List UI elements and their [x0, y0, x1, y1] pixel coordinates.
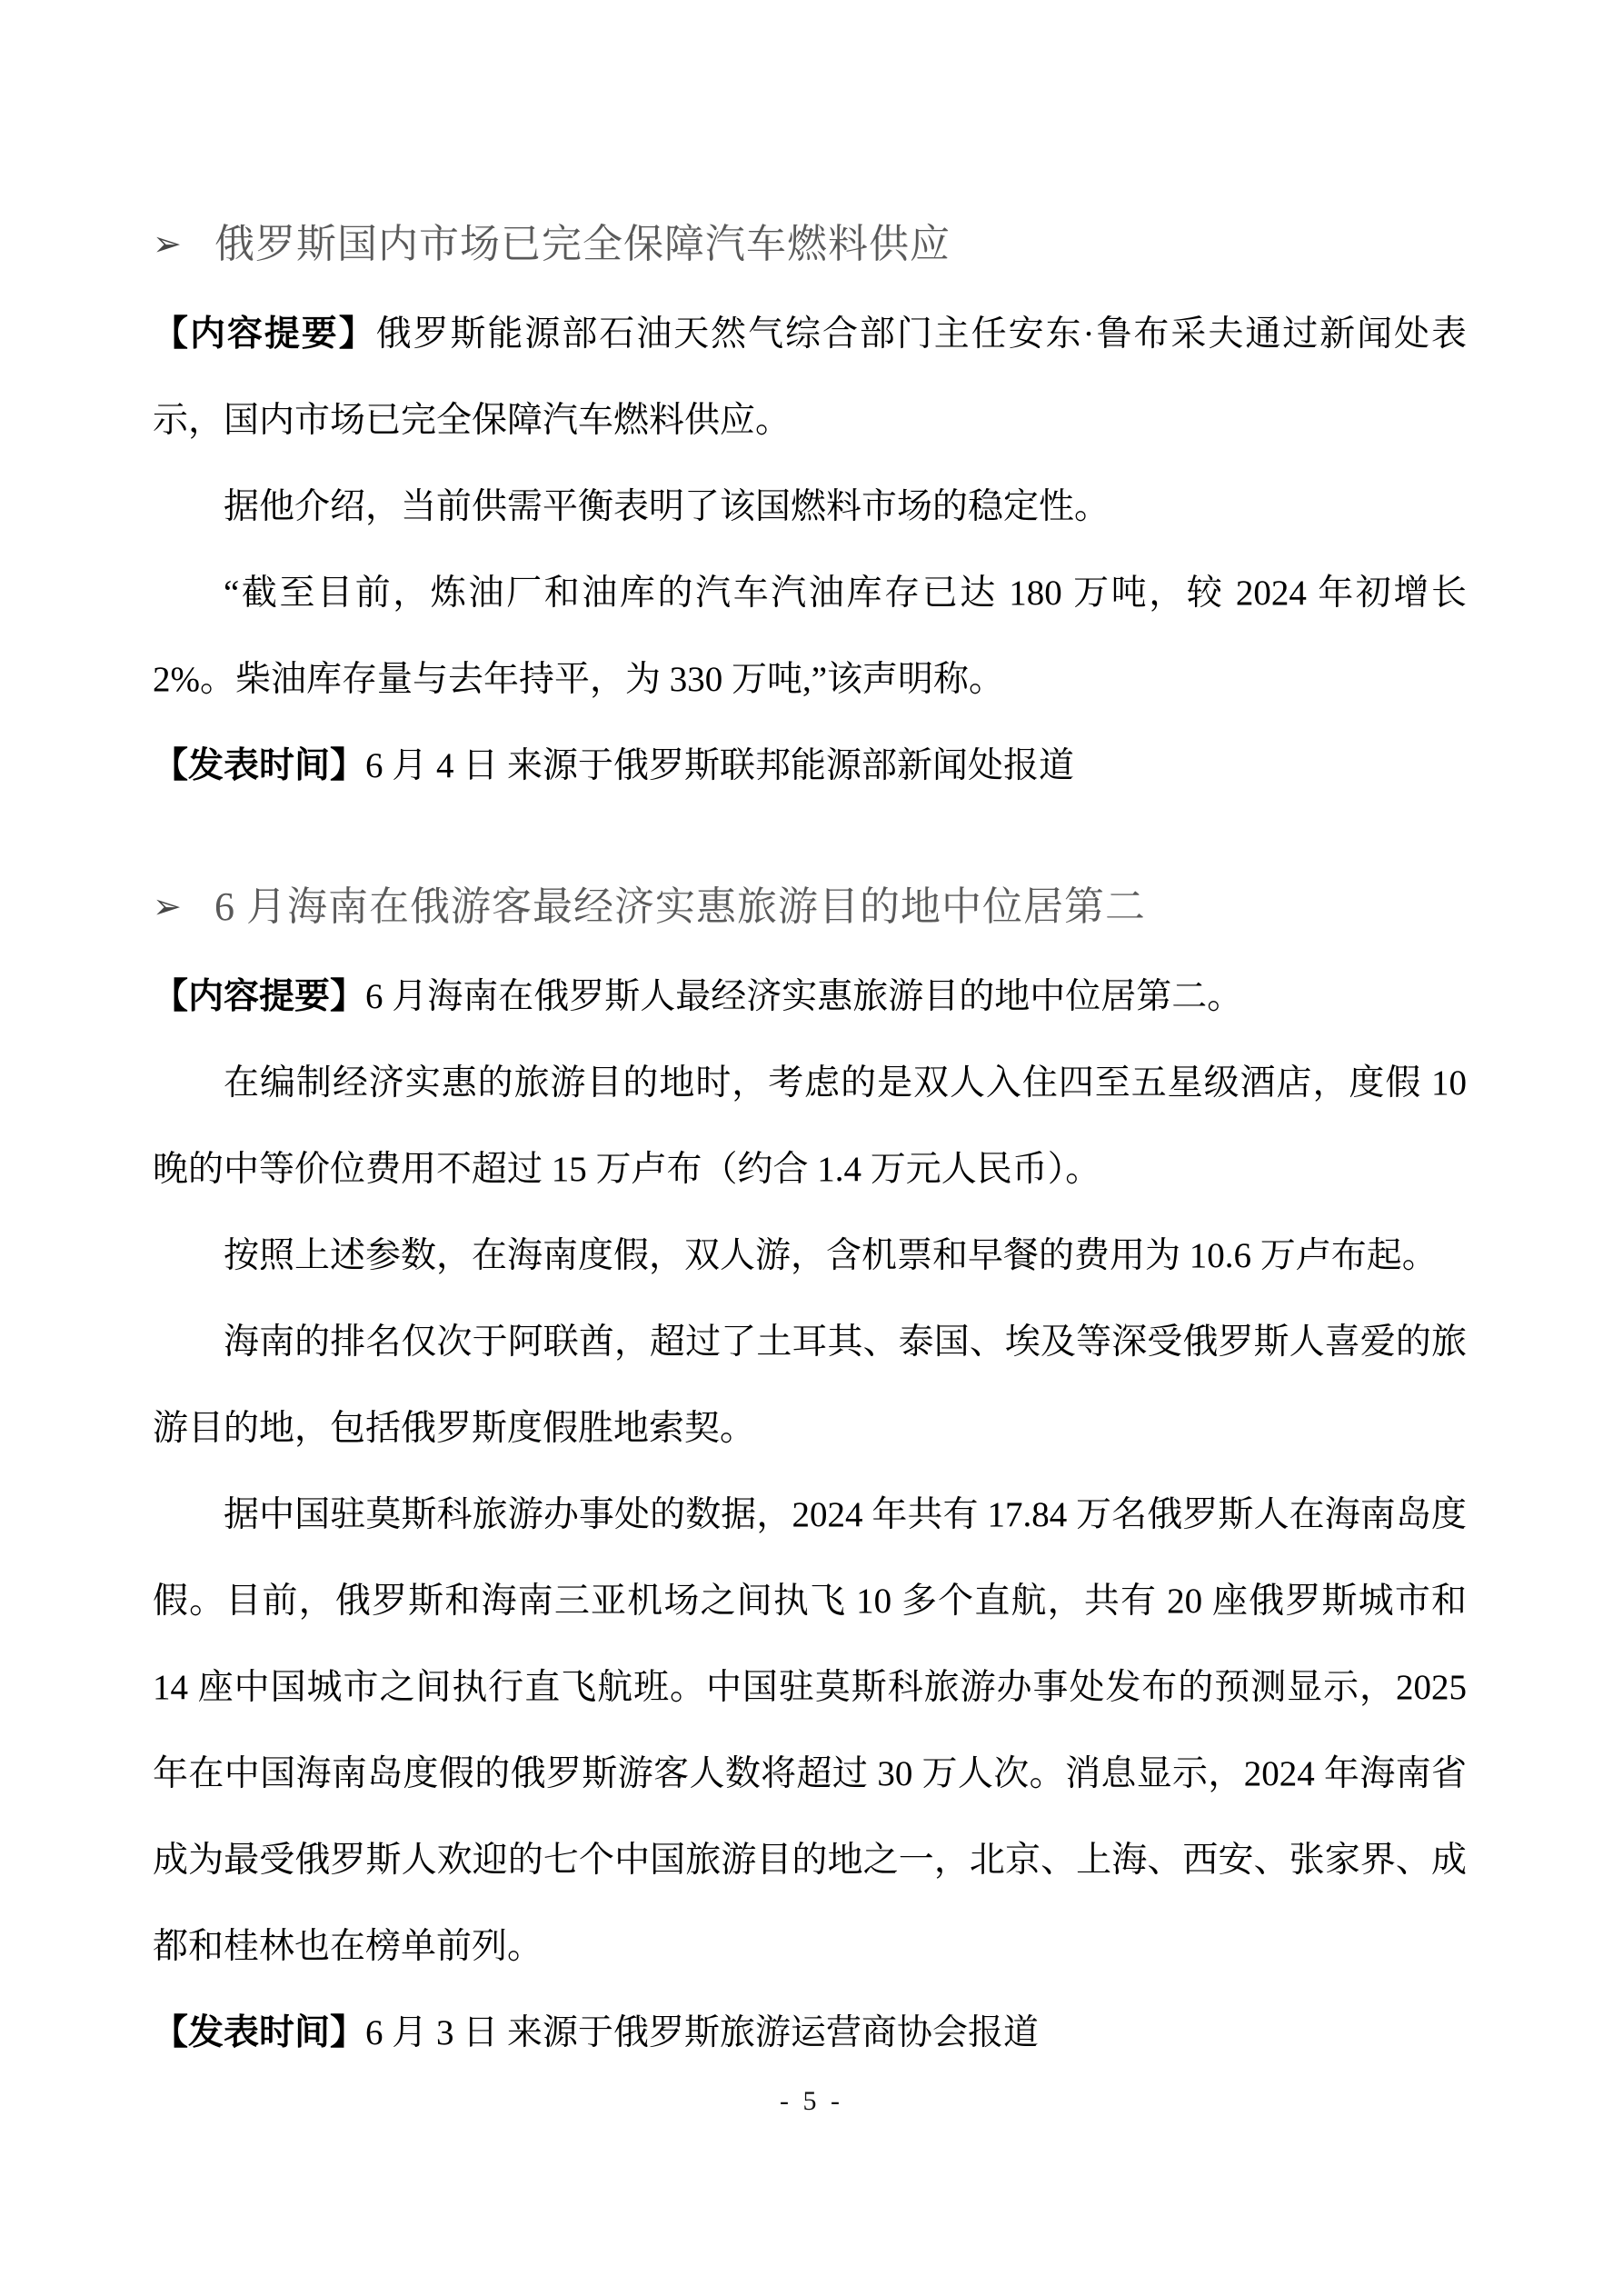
section-title: 6 月海南在俄游客最经济实惠旅游目的地中位居第二	[214, 879, 1467, 935]
paragraph: 【发表时间】6 月 4 日 来源于俄罗斯联邦能源部新闻处报道	[153, 723, 1467, 809]
section-heading: ➢ 俄罗斯国内市场已完全保障汽车燃料供应	[153, 216, 1467, 273]
paragraph: 【内容提要】6 月海南在俄罗斯人最经济实惠旅游目的地中位居第二。	[153, 953, 1467, 1040]
paragraph-text: 海南的排名仅次于阿联酋，超过了土耳其、泰国、埃及等深受俄罗斯人喜爱的旅游目的地，…	[153, 1323, 1467, 1448]
paragraph: 在编制经济实惠的旅游目的地时，考虑的是双人入住四至五星级酒店，度假 10 晚的中…	[153, 1040, 1467, 1213]
paragraph-text: 6 月海南在俄罗斯人最经济实惠旅游目的地中位居第二。	[365, 977, 1242, 1016]
paragraph-label: 【发表时间】	[153, 2013, 365, 2052]
section-title: 俄罗斯国内市场已完全保障汽车燃料供应	[214, 216, 1467, 273]
paragraph-text: “截至目前，炼油厂和油库的汽车汽油库存已达 180 万吨，较 2024 年初增长…	[153, 574, 1467, 699]
paragraph-text: 据中国驻莫斯科旅游办事处的数据，2024 年共有 17.84 万名俄罗斯人在海南…	[153, 1495, 1467, 1966]
page-number: - 5 -	[780, 2086, 843, 2116]
paragraph-text: 按照上述参数，在海南度假，双人游，含机票和早餐的费用为 10.6 万卢布起。	[224, 1236, 1438, 1275]
paragraph-text: 据他介绍，当前供需平衡表明了该国燃料市场的稳定性。	[224, 487, 1110, 526]
arrow-bullet-icon: ➢	[153, 879, 214, 935]
paragraph: 按照上述参数，在海南度假，双人游，含机票和早餐的费用为 10.6 万卢布起。	[153, 1213, 1467, 1299]
document-page: ➢ 俄罗斯国内市场已完全保障汽车燃料供应 【内容提要】俄罗斯能源部石油天然气综合…	[0, 0, 1623, 2296]
paragraph: 【发表时间】6 月 3 日 来源于俄罗斯旅游运营商协会报道	[153, 1990, 1467, 2076]
paragraph-text: 在编制经济实惠的旅游目的地时，考虑的是双人入住四至五星级酒店，度假 10 晚的中…	[153, 1063, 1467, 1189]
section-heading: ➢ 6 月海南在俄游客最经济实惠旅游目的地中位居第二	[153, 879, 1467, 935]
paragraph-text: 6 月 4 日 来源于俄罗斯联邦能源部新闻处报道	[365, 746, 1074, 785]
arrow-bullet-icon: ➢	[153, 216, 214, 273]
document-content: ➢ 俄罗斯国内市场已完全保障汽车燃料供应 【内容提要】俄罗斯能源部石油天然气综合…	[153, 216, 1467, 2076]
paragraph: 据他介绍，当前供需平衡表明了该国燃料市场的稳定性。	[153, 464, 1467, 550]
news-section: ➢ 6 月海南在俄游客最经济实惠旅游目的地中位居第二 【内容提要】6 月海南在俄…	[153, 879, 1467, 2076]
paragraph: 海南的排名仅次于阿联酋，超过了土耳其、泰国、埃及等深受俄罗斯人喜爱的旅游目的地，…	[153, 1299, 1467, 1472]
paragraph: 据中国驻莫斯科旅游办事处的数据，2024 年共有 17.84 万名俄罗斯人在海南…	[153, 1472, 1467, 1990]
news-section: ➢ 俄罗斯国内市场已完全保障汽车燃料供应 【内容提要】俄罗斯能源部石油天然气综合…	[153, 216, 1467, 809]
paragraph-label: 【内容提要】	[153, 314, 376, 354]
page-footer: - 5 -	[0, 2086, 1623, 2117]
paragraph-text: 6 月 3 日 来源于俄罗斯旅游运营商协会报道	[365, 2013, 1039, 2052]
paragraph-label: 【内容提要】	[153, 977, 365, 1016]
paragraph: “截至目前，炼油厂和油库的汽车汽油库存已达 180 万吨，较 2024 年初增长…	[153, 550, 1467, 723]
paragraph: 【内容提要】俄罗斯能源部石油天然气综合部门主任安东·鲁布采夫通过新闻处表示，国内…	[153, 291, 1467, 464]
paragraph-label: 【发表时间】	[153, 746, 365, 785]
